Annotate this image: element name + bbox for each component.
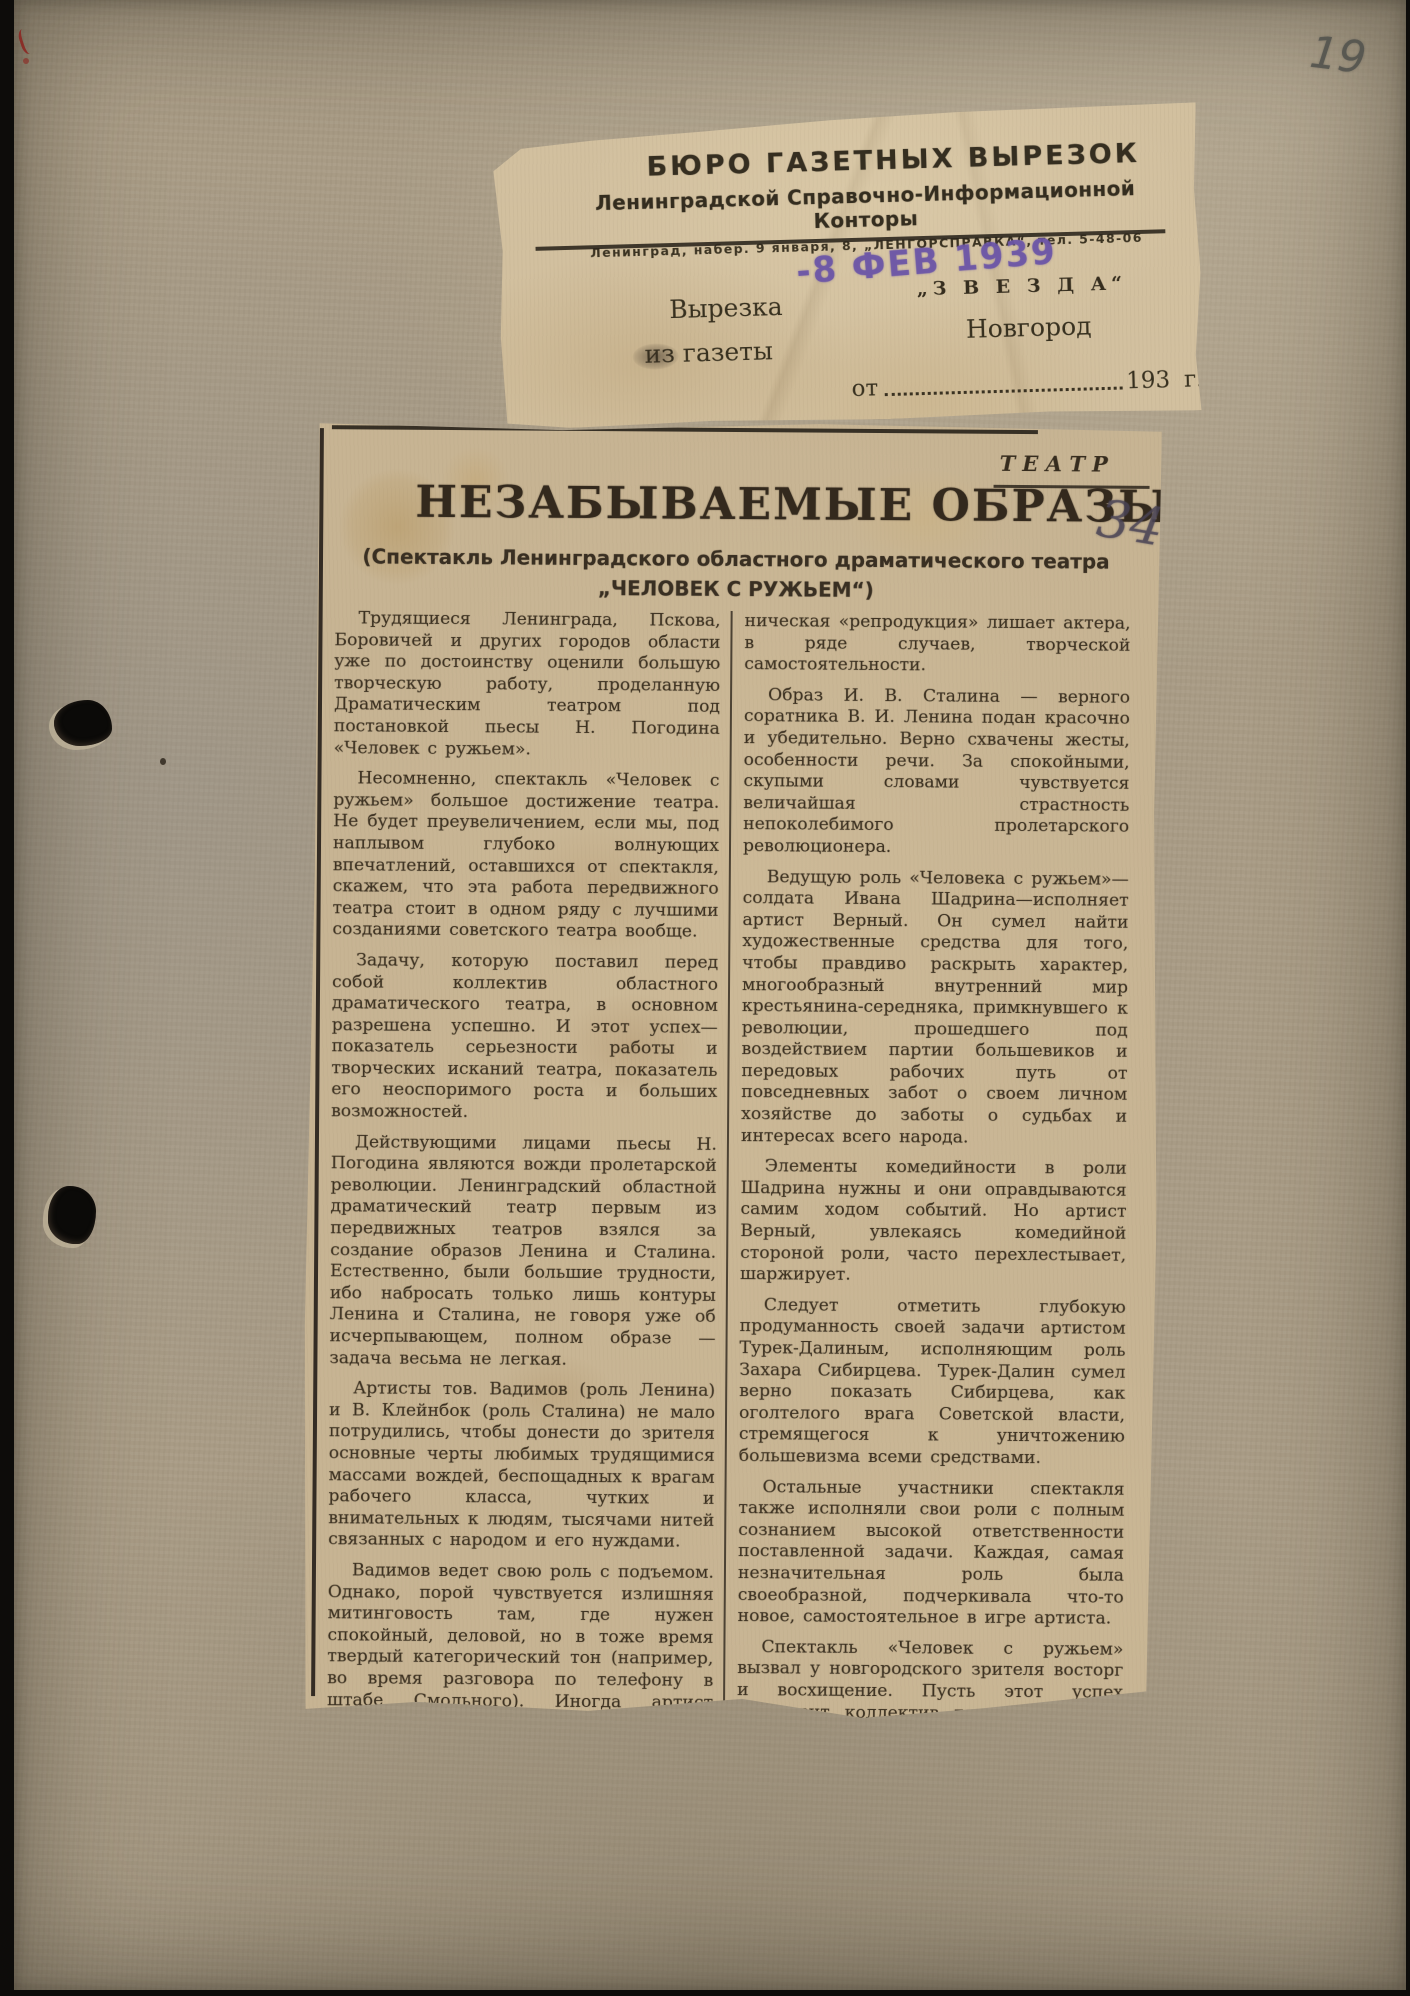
handwritten-number: 34 xyxy=(1093,489,1168,559)
article-paragraph: Несомненно, спектакль «Человек с ружьем»… xyxy=(332,768,719,943)
article-paragraph: Остальные участники спектакля также испо… xyxy=(738,1477,1125,1631)
red-pen-dot xyxy=(23,58,29,64)
article-paragraph: Элементы комедийности в роли Шадрина нуж… xyxy=(740,1156,1127,1288)
article-paragraph: Трудящиеся Ленинграда, Пскова, Боровичей… xyxy=(334,608,721,762)
article-column-left: Трудящиеся Ленинграда, Пскова, Боровичей… xyxy=(326,608,720,1818)
date-line: от 193 г. xyxy=(851,366,1204,402)
newspaper-clipping: ТЕАТР НЕЗАБЫВАЕМЫЕ ОБРАЗЫ 34 (Спектакль … xyxy=(297,418,1162,1720)
article-paragraph: ническая «репродукция» лишает актера, в … xyxy=(744,611,1130,678)
bureau-organization: Ленинградской Справочно-Информационной К… xyxy=(582,176,1149,240)
article-paragraph: Следует отметить глубокую продуманность … xyxy=(739,1295,1126,1470)
album-page: 19 БЮРО ГАЗЕТНЫХ ВЫРЕЗОК Ленинградской С… xyxy=(14,0,1406,1990)
clipping-label-line1: Вырезка xyxy=(669,292,783,324)
date-line-dots xyxy=(884,386,1122,397)
article-signature: С. М-ко. xyxy=(736,1797,1122,1821)
article-paragraph: Действующими лицами пьесы Н. Погодина яв… xyxy=(329,1132,717,1372)
article-title: НЕЗАБЫВАЕМЫЕ ОБРАЗЫ xyxy=(415,477,1115,533)
bureau-stamp-slip: БЮРО ГАЗЕТНЫХ ВЫРЕЗОК Ленинградской Спра… xyxy=(492,102,1204,430)
newspaper-name: „З В Е З Д А“ xyxy=(917,272,1128,300)
city-label: Новгород xyxy=(966,311,1092,343)
article-paragraph: Ведущую роль «Человека с ружьем»— солдат… xyxy=(741,867,1129,1150)
bureau-title: БЮРО ГАЗЕТНЫХ ВЫРЕЗОК xyxy=(639,138,1148,183)
clipping-left-rule xyxy=(311,428,324,1696)
article-paragraph: Задачу, которую поставил перед собой кол… xyxy=(331,950,718,1125)
article-subtitle-line1: (Спектакль Ленинградского областного дра… xyxy=(341,544,1131,574)
article-paragraph: Образ И. В. Сталина — верного соратника … xyxy=(743,685,1130,860)
ink-speck xyxy=(160,758,166,765)
article-column-right: ническая «репродукция» лишает актера, в … xyxy=(722,611,1130,1821)
date-line-suffix: г. xyxy=(1184,366,1204,393)
punch-hole xyxy=(54,700,112,746)
date-line-year: 193 xyxy=(1126,367,1171,394)
red-pen-mark xyxy=(16,26,38,55)
article-paragraph: Артисты тов. Вадимов (роль Ленина) и В. … xyxy=(328,1378,715,1553)
date-line-prefix: от xyxy=(851,375,878,402)
page-number-handwritten: 19 xyxy=(1307,27,1369,84)
article-paragraph: Спектакль «Человек с ружьем» вызвал у но… xyxy=(736,1637,1123,1791)
article-paragraph: Вадимов ведет свою роль с подъемом. Одна… xyxy=(327,1560,714,1779)
article-body: Трудящиеся Ленинграда, Пскова, Боровичей… xyxy=(326,608,1132,1821)
punch-hole xyxy=(48,1186,96,1244)
clipping-label-line2: из газеты xyxy=(644,336,773,369)
section-label: ТЕАТР xyxy=(1000,451,1115,477)
bureau-slip-header: БЮРО ГАЗЕТНЫХ ВЫРЕЗОК Ленинградской Спра… xyxy=(581,138,1150,261)
article-subtitle-line2: „ЧЕЛОВЕК С РУЖЬЕМ“) xyxy=(341,574,1131,604)
clipping-top-rule xyxy=(332,425,1038,434)
